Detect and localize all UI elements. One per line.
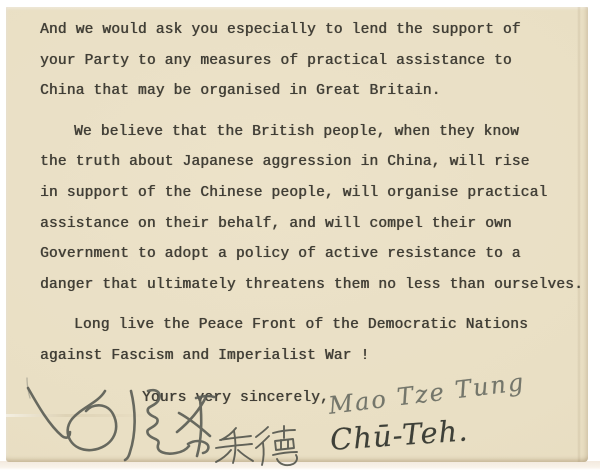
paper-crease-left [6, 414, 156, 417]
letter-body: And we would ask you especially to lend … [40, 15, 588, 413]
letter-paragraph-1: And we would ask you especially to lend … [40, 15, 588, 107]
paper-bottom-edge-gap [0, 461, 600, 470]
letter-line: We believe that the British people, when… [40, 117, 588, 148]
letter-line: the truth about Japanese aggression in C… [40, 147, 588, 178]
letter-scan-page: And we would ask you especially to lend … [0, 0, 600, 470]
letter-paragraph-2: We believe that the British people, when… [40, 117, 588, 301]
letter-line: And we would ask you especially to lend … [40, 15, 588, 46]
letter-line: in support of the Chinese people, will o… [40, 178, 588, 209]
letter-line: China that may be organised in Great Bri… [40, 76, 588, 107]
letter-line: Government to adopt a policy of active r… [40, 239, 588, 270]
letter-line: against Fascism and Imperialist War ! [40, 341, 588, 372]
letter-line: assistance on their behalf, and will com… [40, 209, 588, 240]
letter-paragraph-3: Long live the Peace Front of the Democra… [40, 310, 588, 371]
letter-line: your Party to any measures of practical … [40, 46, 588, 77]
letter-line: danger that ultimately threatens them no… [40, 270, 588, 301]
letter-line: Long live the Peace Front of the Democra… [40, 310, 588, 341]
